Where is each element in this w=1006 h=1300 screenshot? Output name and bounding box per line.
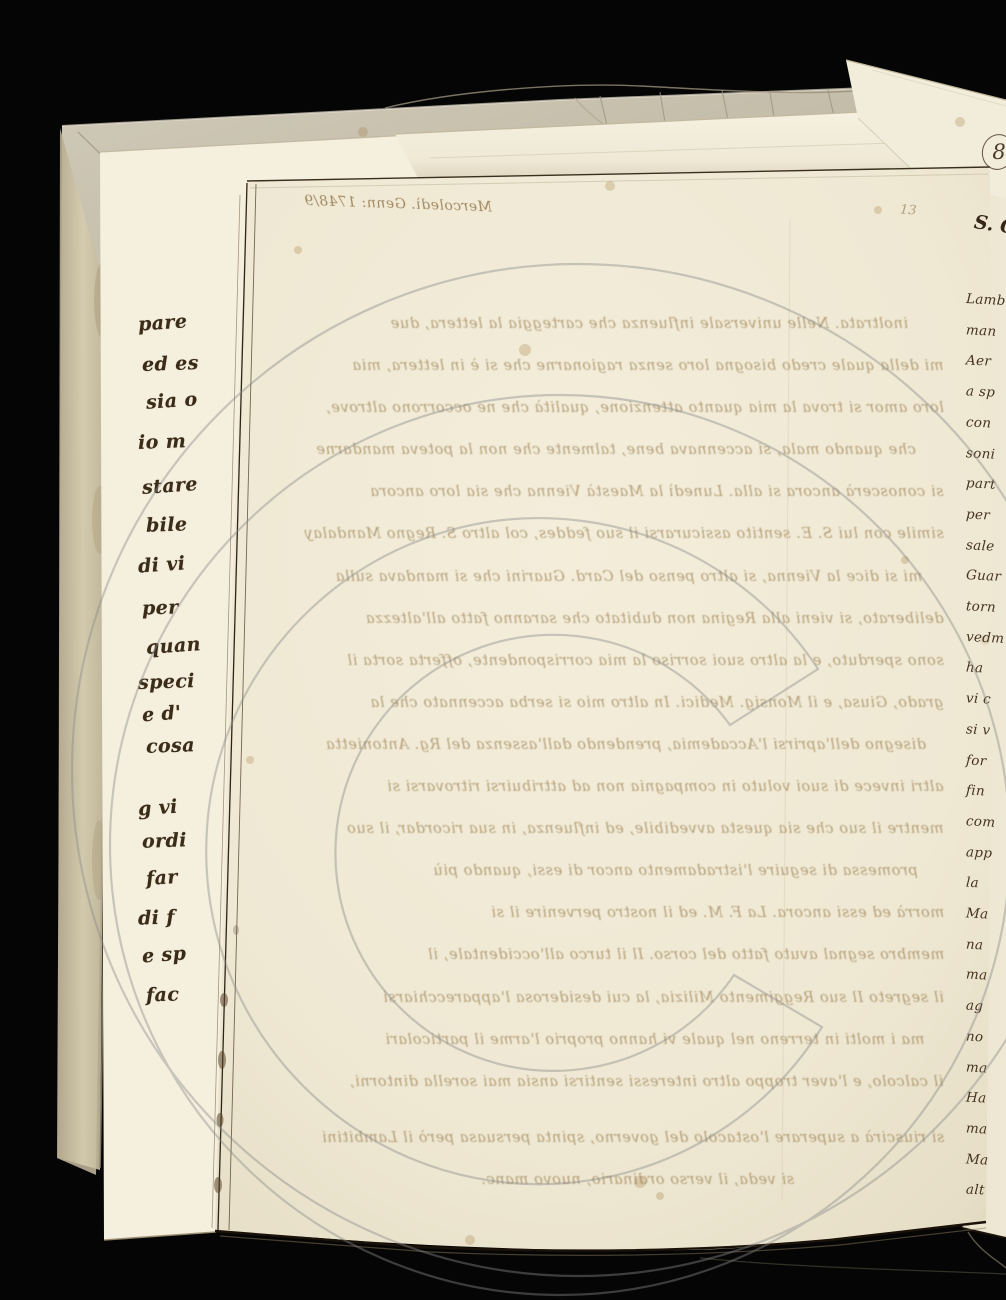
manuscript-photo: Mercoledì. Genn: 1748/9 inoltrata. Nelle… [0,0,1006,1300]
letter-c-watermark [0,0,1006,1300]
